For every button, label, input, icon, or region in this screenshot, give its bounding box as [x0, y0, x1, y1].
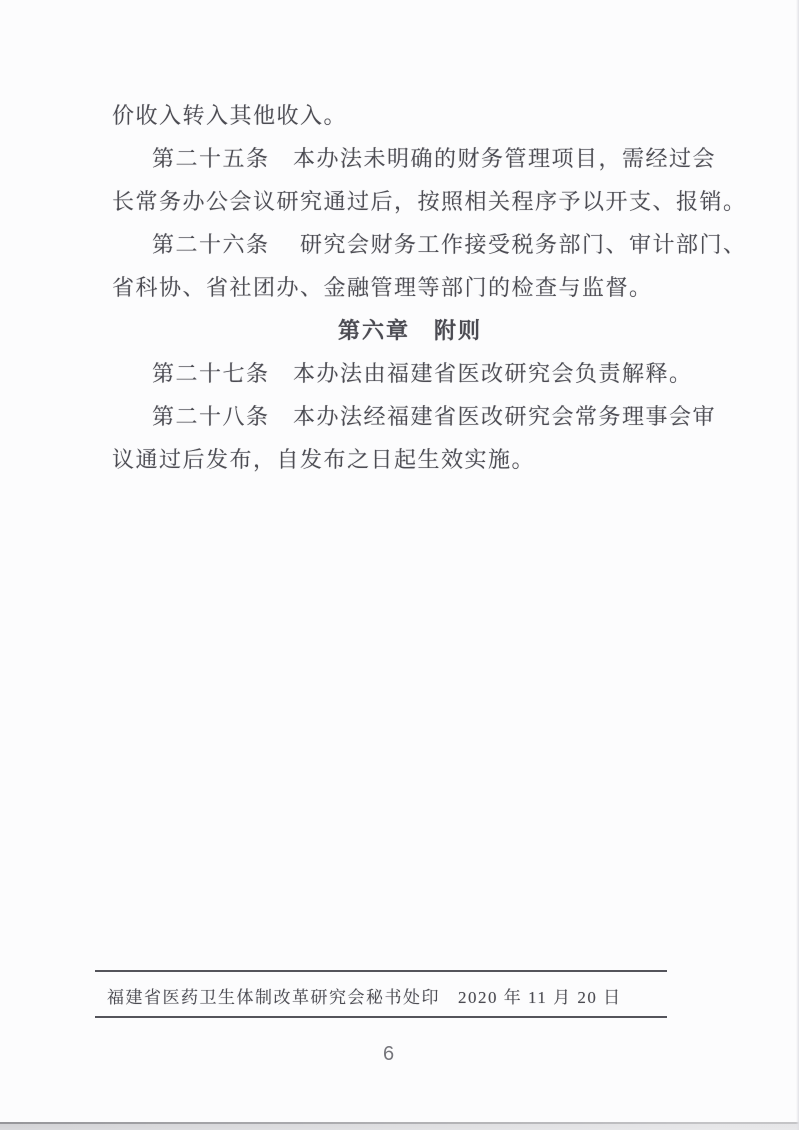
footer-rule-top	[95, 970, 667, 972]
document-body: 价收入转入其他收入。第二十五条 本办法未明确的财务管理项目，需经过会长常务办公会…	[112, 94, 708, 481]
footer-rule-bottom	[95, 1016, 667, 1018]
scanned-document-page: 价收入转入其他收入。第二十五条 本办法未明确的财务管理项目，需经过会长常务办公会…	[0, 0, 799, 1130]
scan-edge-bottom	[0, 1122, 799, 1130]
chapter-heading: 第六章 附则	[112, 309, 708, 352]
page-number: 6	[0, 1043, 778, 1066]
footer-date: 2020 年 11 月 20 日	[458, 988, 622, 1007]
body-line: 第二十八条 本办法经福建省医改研究会常务理事会审	[112, 395, 708, 438]
body-line: 第二十七条 本办法由福建省医改研究会负责解释。	[112, 352, 708, 395]
footer-issuer: 福建省医药卫生体制改革研究会秘书处印	[107, 988, 440, 1007]
body-line: 第二十五条 本办法未明确的财务管理项目，需经过会	[112, 137, 708, 180]
body-line: 议通过后发布，自发布之日起生效实施。	[112, 438, 708, 481]
footer-text: 福建省医药卫生体制改革研究会秘书处印2020 年 11 月 20 日	[107, 983, 622, 1008]
body-line: 省科协、省社团办、金融管理等部门的检查与监督。	[112, 266, 708, 309]
body-line: 价收入转入其他收入。	[112, 94, 708, 137]
body-line: 第二十六条 研究会财务工作接受税务部门、审计部门、	[112, 223, 708, 266]
body-line: 长常务办公会议研究通过后，按照相关程序予以开支、报销。	[112, 180, 708, 223]
